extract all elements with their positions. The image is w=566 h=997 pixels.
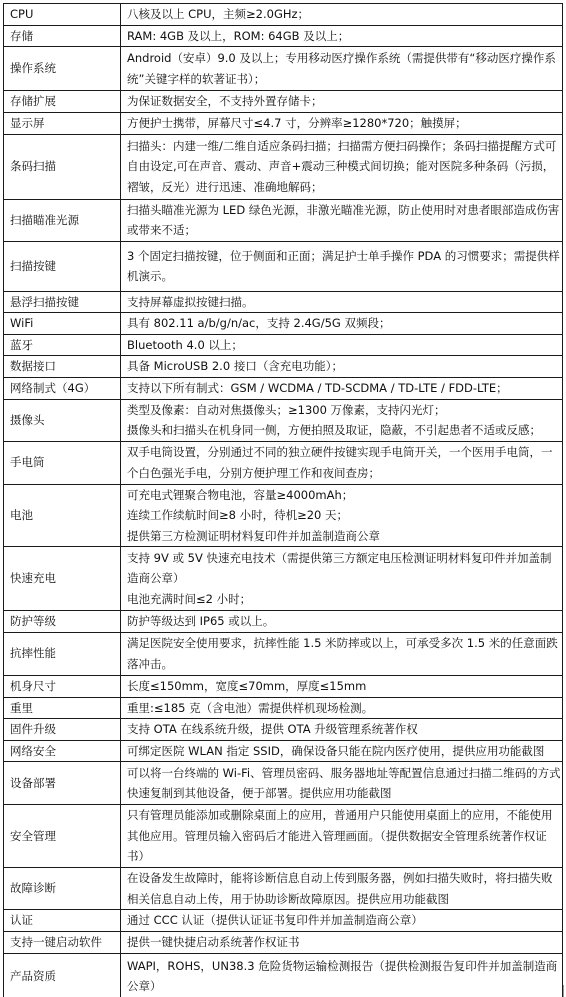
spec-value-line: 支持 OTA 在线系统升级，提供 OTA 升级管理系统著作权 — [127, 719, 562, 740]
spec-label: 认证 — [4, 910, 121, 932]
spec-value: 支持 OTA 在线系统升级，提供 OTA 升级管理系统著作权 — [121, 719, 563, 741]
table-row: WiFi具有 802.11 a/b/g/n/ac，支持 2.4G/5G 双频段； — [4, 313, 563, 335]
spec-label: 条码扫描 — [4, 134, 121, 199]
spec-value: 支持 9V 或 5V 快速充电技术（需提供第三方额定电压检测证明材料复印件并加盖… — [121, 547, 563, 611]
table-row: 产品资质WAPI，ROHS，UN38.3 危险货物运输检测报告（提供检测报告复印… — [4, 953, 563, 997]
spec-value-line: 提供第三方检测证明材料复印件并加盖制造商公章 — [127, 526, 562, 547]
spec-value: 提供一键快捷启动系统著作权证书 — [121, 931, 563, 953]
spec-value: 可充电式锂聚合物电池，容量≥4000mAh；连续工作续航时间≥8 小时，待机≥2… — [121, 484, 563, 547]
table-row: 显示屏方便护士携带，屏幕尺寸≤4.7 寸，分辨率≥1280*720；触摸屏； — [4, 113, 563, 135]
table-row: 电池可充电式锂聚合物电池，容量≥4000mAh；连续工作续航时间≥8 小时，待机… — [4, 484, 563, 547]
table-row: 条码扫描扫描头：内建一维/二维自适应条码扫描；扫描需方便扫码操作；条码扫描提醒方… — [4, 134, 563, 199]
spec-value: 类型及像素：自动对焦摄像头；≥1300 万像素，支持闪光灯；摄像头和扫描头在机身… — [121, 399, 563, 441]
spec-label: 扫描按键 — [4, 241, 121, 291]
spec-value-line: 类型及像素：自动对焦摄像头；≥1300 万像素，支持闪光灯； — [127, 400, 562, 421]
table-row: 故障诊断在设备发生故障时，能将诊断信息自动上传到服务器，例如扫描失败时，将扫描失… — [4, 868, 563, 910]
table-row: 蓝牙Bluetooth 4.0 以上； — [4, 334, 563, 356]
spec-value-line: 扫描头：内建一维/二维自适应条码扫描；扫描需方便扫码操作；条码扫描提醒方式可自由… — [127, 136, 562, 198]
table-row: CPU八核及以上 CPU，主频≥2.0GHz； — [4, 4, 563, 26]
table-row: 防护等级防护等级达到 IP65 或以上。 — [4, 611, 563, 633]
table-row: 抗摔性能满足医院安全使用要求，抗摔性能 1.5 米防摔或以上，可承受多次 1.5… — [4, 632, 563, 675]
spec-label: 悬浮扫描按键 — [4, 291, 121, 313]
spec-label: 存储 — [4, 25, 121, 47]
spec-table-body: CPU八核及以上 CPU，主频≥2.0GHz；存储RAM: 4GB 及以上，RO… — [4, 4, 563, 997]
spec-value: Bluetooth 4.0 以上； — [121, 334, 563, 356]
spec-value: 支持以下所有制式：GSM / WCDMA / TD-SCDMA / TD-LTE… — [121, 378, 563, 400]
spec-value-line: 具有 802.11 a/b/g/n/ac，支持 2.4G/5G 双频段； — [127, 313, 562, 334]
spec-value-line: 双手电筒设置，分别通过不同的独立硬件按键实现手电筒开关，一个医用手电筒，一个白色… — [127, 442, 562, 483]
spec-label: 重里 — [4, 697, 121, 719]
spec-value-line: 支持以下所有制式：GSM / WCDMA / TD-SCDMA / TD-LTE… — [127, 378, 562, 399]
spec-label: 防护等级 — [4, 611, 121, 633]
table-row: 存储RAM: 4GB 及以上，ROM: 64GB 及以上； — [4, 25, 563, 47]
table-row: 数据接口具备 MicroUSB 2.0 接口（含充电功能）； — [4, 356, 563, 378]
spec-value-line: 满足医院安全使用要求，抗摔性能 1.5 米防摔或以上，可承受多次 1.5 米的任… — [127, 633, 562, 674]
spec-value: 3 个固定扫描按键，位于侧面和正面；满足护士单手操作 PDA 的习惯要求；需提供… — [121, 241, 563, 291]
spec-label: 蓝牙 — [4, 334, 121, 356]
spec-value: 支持屏幕虚拟按键扫描。 — [121, 291, 563, 313]
spec-value: 满足医院安全使用要求，抗摔性能 1.5 米防摔或以上，可承受多次 1.5 米的任… — [121, 632, 563, 675]
spec-value-line: 可充电式锂聚合物电池，容量≥4000mAh； — [127, 485, 562, 506]
spec-value: 重里:≤185 克（含电池）需提供样机现场检测。 — [121, 697, 563, 719]
spec-label: 安全管理 — [4, 805, 121, 868]
spec-label: 产品资质 — [4, 953, 121, 997]
spec-label: 网络制式（4G） — [4, 378, 121, 400]
spec-value: 双手电筒设置，分别通过不同的独立硬件按键实现手电筒开关，一个医用手电筒，一个白色… — [121, 441, 563, 484]
spec-value: 扫描头：内建一维/二维自适应条码扫描；扫描需方便扫码操作；条码扫描提醒方式可自由… — [121, 134, 563, 199]
spec-label: 机身尺寸 — [4, 675, 121, 697]
table-row: 设备部署可以将一台终端的 Wi-Fi、管理员密码、服务器地址等配置信息通过扫描二… — [4, 762, 563, 805]
table-row: 摄像头类型及像素：自动对焦摄像头；≥1300 万像素，支持闪光灯；摄像头和扫描头… — [4, 399, 563, 441]
table-row: 网络制式（4G）支持以下所有制式：GSM / WCDMA / TD-SCDMA … — [4, 378, 563, 400]
spec-label: 电池 — [4, 484, 121, 547]
spec-value-line: Bluetooth 4.0 以上； — [127, 335, 562, 356]
table-row: 存储扩展为保证数据安全，不支持外置存储卡； — [4, 91, 563, 113]
spec-label: CPU — [4, 4, 121, 26]
spec-value-line: 防护等级达到 IP65 或以上。 — [127, 611, 562, 632]
spec-value-line: 只有管理员能添加或删除桌面上的应用，普通用户只能使用桌面上的应用，不能使用其他应… — [127, 805, 562, 867]
spec-value: 通过 CCC 认证（提供认证证书复印件并加盖制造商公章） — [121, 910, 563, 932]
spec-value-line: 摄像头和扫描头在机身同一侧，方便拍照及取证，隐蔽，不引起患者不适或反感； — [127, 420, 562, 441]
spec-label: 摄像头 — [4, 399, 121, 441]
spec-value: Android（安卓）9.0 及以上；专用移动医疗操作系统（需提供带有“移动医疗… — [121, 47, 563, 91]
spec-value: 长度≤150mm，宽度≤70mm，厚度≤15mm — [121, 675, 563, 697]
table-row: 悬浮扫描按键支持屏幕虚拟按键扫描。 — [4, 291, 563, 313]
table-row: 快速充电支持 9V 或 5V 快速充电技术（需提供第三方额定电压检测证明材料复印… — [4, 547, 563, 611]
spec-value-line: 支持 9V 或 5V 快速充电技术（需提供第三方额定电压检测证明材料复印件并加盖… — [127, 548, 562, 589]
spec-value-line: 提供一键快捷启动系统著作权证书 — [127, 932, 562, 953]
spec-value-line: 方便护士携带，屏幕尺寸≤4.7 寸，分辨率≥1280*720；触摸屏； — [127, 113, 562, 134]
spec-value-line: 长度≤150mm，宽度≤70mm，厚度≤15mm — [127, 676, 562, 697]
spec-label: 操作系统 — [4, 47, 121, 91]
spec-value: 扫描头瞄准光源为 LED 绿色光源，非激光瞄准光源，防止使用时对患者眼部造成伤害… — [121, 199, 563, 241]
spec-value-line: 连续工作续航时间≥8 小时，待机≥20 天； — [127, 505, 562, 526]
table-row: 认证通过 CCC 认证（提供认证证书复印件并加盖制造商公章） — [4, 910, 563, 932]
spec-value-line: 在设备发生故障时，能将诊断信息自动上传到服务器，例如扫描失败时，将扫描失败相关信… — [127, 868, 562, 909]
spec-value: 方便护士携带，屏幕尺寸≤4.7 寸，分辨率≥1280*720；触摸屏； — [121, 113, 563, 135]
spec-value: 为保证数据安全，不支持外置存储卡； — [121, 91, 563, 113]
spec-value: 具有 802.11 a/b/g/n/ac，支持 2.4G/5G 双频段； — [121, 313, 563, 335]
spec-label: 故障诊断 — [4, 868, 121, 910]
spec-value: 只有管理员能添加或删除桌面上的应用，普通用户只能使用桌面上的应用，不能使用其他应… — [121, 805, 563, 868]
spec-label: 抗摔性能 — [4, 632, 121, 675]
spec-table: CPU八核及以上 CPU，主频≥2.0GHz；存储RAM: 4GB 及以上，RO… — [3, 3, 563, 997]
spec-value-line: 具备 MicroUSB 2.0 接口（含充电功能）； — [127, 356, 562, 377]
spec-label: 显示屏 — [4, 113, 121, 135]
spec-label: 扫描瞄准光源 — [4, 199, 121, 241]
spec-label: 手电筒 — [4, 441, 121, 484]
table-row: 操作系统Android（安卓）9.0 及以上；专用移动医疗操作系统（需提供带有“… — [4, 47, 563, 91]
spec-label: WiFi — [4, 313, 121, 335]
table-row: 网络安全可绑定医院 WLAN 指定 SSID，确保设备只能在院内医疗使用，提供应… — [4, 740, 563, 762]
table-row: 固件升级支持 OTA 在线系统升级，提供 OTA 升级管理系统著作权 — [4, 719, 563, 741]
spec-value-line: Android（安卓）9.0 及以上；专用移动医疗操作系统（需提供带有“移动医疗… — [127, 48, 562, 89]
table-row: 机身尺寸长度≤150mm，宽度≤70mm，厚度≤15mm — [4, 675, 563, 697]
table-row: 重里重里:≤185 克（含电池）需提供样机现场检测。 — [4, 697, 563, 719]
page-edge-marker — [563, 985, 564, 997]
table-row: 支持一键启动软件提供一键快捷启动系统著作权证书 — [4, 931, 563, 953]
spec-value-line: 可绑定医院 WLAN 指定 SSID，确保设备只能在院内医疗使用，提供应用功能截… — [127, 741, 562, 762]
spec-value-line: 3 个固定扫描按键，位于侧面和正面；满足护士单手操作 PDA 的习惯要求；需提供… — [127, 246, 562, 287]
spec-value-line: 八核及以上 CPU，主频≥2.0GHz； — [127, 4, 562, 25]
spec-value-line: 为保证数据安全，不支持外置存储卡； — [127, 91, 562, 112]
spec-label: 支持一键启动软件 — [4, 931, 121, 953]
spec-label: 快速充电 — [4, 547, 121, 611]
spec-label: 固件升级 — [4, 719, 121, 741]
spec-value: RAM: 4GB 及以上，ROM: 64GB 及以上； — [121, 25, 563, 47]
spec-value: 可绑定医院 WLAN 指定 SSID，确保设备只能在院内医疗使用，提供应用功能截… — [121, 740, 563, 762]
spec-label: 存储扩展 — [4, 91, 121, 113]
table-row: 手电筒双手电筒设置，分别通过不同的独立硬件按键实现手电筒开关，一个医用手电筒，一… — [4, 441, 563, 484]
spec-value: WAPI，ROHS，UN38.3 危险货物运输检测报告（提供检测报告复印件并加盖… — [121, 953, 563, 997]
spec-value-line: 通过 CCC 认证（提供认证证书复印件并加盖制造商公章） — [127, 910, 562, 931]
spec-label: 设备部署 — [4, 762, 121, 805]
spec-value-line: 重里:≤185 克（含电池）需提供样机现场检测。 — [127, 698, 562, 719]
spec-value-line: RAM: 4GB 及以上，ROM: 64GB 及以上； — [127, 26, 562, 47]
spec-label: 网络安全 — [4, 740, 121, 762]
spec-label: 数据接口 — [4, 356, 121, 378]
spec-value-line: 可以将一台终端的 Wi-Fi、管理员密码、服务器地址等配置信息通过扫描二维码的方… — [127, 763, 562, 804]
spec-value: 防护等级达到 IP65 或以上。 — [121, 611, 563, 633]
spec-value: 可以将一台终端的 Wi-Fi、管理员密码、服务器地址等配置信息通过扫描二维码的方… — [121, 762, 563, 805]
spec-value: 具备 MicroUSB 2.0 接口（含充电功能）； — [121, 356, 563, 378]
spec-value: 八核及以上 CPU，主频≥2.0GHz； — [121, 4, 563, 26]
table-row: 扫描按键3 个固定扫描按键，位于侧面和正面；满足护士单手操作 PDA 的习惯要求… — [4, 241, 563, 291]
spec-value-line: 电池充满时间≤2 小时； — [127, 589, 562, 610]
table-row: 安全管理只有管理员能添加或删除桌面上的应用，普通用户只能使用桌面上的应用，不能使… — [4, 805, 563, 868]
spec-value-line: WAPI，ROHS，UN38.3 危险货物运输检测报告（提供检测报告复印件并加盖… — [127, 956, 562, 997]
table-row: 扫描瞄准光源扫描头瞄准光源为 LED 绿色光源，非激光瞄准光源，防止使用时对患者… — [4, 199, 563, 241]
spec-value-line: 支持屏幕虚拟按键扫描。 — [127, 292, 562, 313]
spec-value-line: 扫描头瞄准光源为 LED 绿色光源，非激光瞄准光源，防止使用时对患者眼部造成伤害… — [127, 200, 562, 241]
spec-value: 在设备发生故障时，能将诊断信息自动上传到服务器，例如扫描失败时，将扫描失败相关信… — [121, 868, 563, 910]
